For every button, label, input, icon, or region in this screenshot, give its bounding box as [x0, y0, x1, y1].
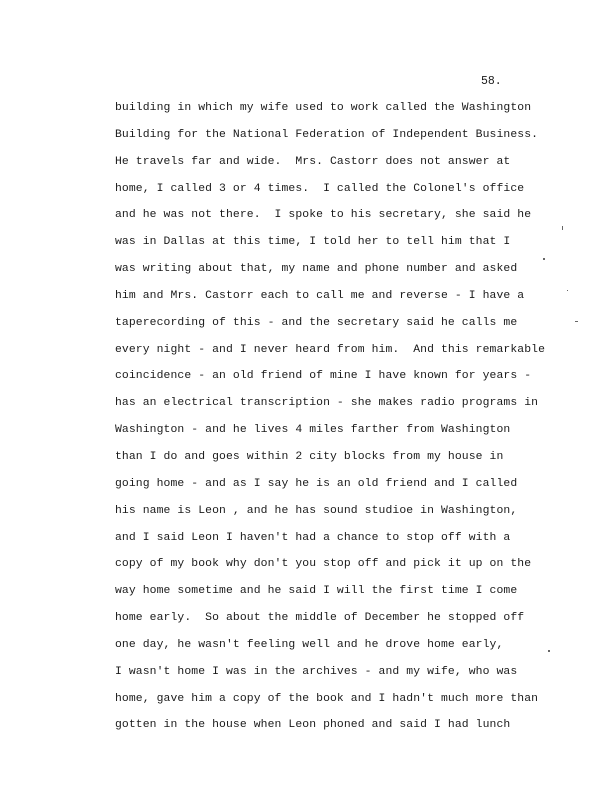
document-page: 58. building in which my wife used to wo…	[0, 0, 612, 791]
text-line: coincidence - an old friend of mine I ha…	[115, 367, 575, 394]
scan-speck	[548, 650, 550, 652]
text-line: his name is Leon , and he has sound stud…	[115, 502, 575, 529]
page-number: 58.	[481, 75, 502, 88]
text-line: Washington - and he lives 4 miles farthe…	[115, 421, 575, 448]
text-line: He travels far and wide. Mrs. Castorr do…	[115, 153, 575, 180]
text-line: I wasn't home I was in the archives - an…	[115, 663, 575, 690]
scan-speck	[575, 321, 578, 322]
text-line: was writing about that, my name and phon…	[115, 260, 575, 287]
text-line: taperecording of this - and the secretar…	[115, 314, 575, 341]
text-line: him and Mrs. Castorr each to call me and…	[115, 287, 575, 314]
scan-speck	[562, 226, 563, 230]
scan-speck	[567, 290, 568, 291]
text-line: home early. So about the middle of Decem…	[115, 609, 575, 636]
text-line: way home sometime and he said I will the…	[115, 582, 575, 609]
text-line: Building for the National Federation of …	[115, 126, 575, 153]
text-line: and I said Leon I haven't had a chance t…	[115, 529, 575, 556]
text-line: was in Dallas at this time, I told her t…	[115, 233, 575, 260]
text-line: than I do and goes within 2 city blocks …	[115, 448, 575, 475]
text-line: home, gave him a copy of the book and I …	[115, 690, 575, 717]
text-line: and he was not there. I spoke to his sec…	[115, 206, 575, 233]
text-line: going home - and as I say he is an old f…	[115, 475, 575, 502]
text-line: one day, he wasn't feeling well and he d…	[115, 636, 575, 663]
text-line: building in which my wife used to work c…	[115, 99, 575, 126]
scan-speck	[543, 258, 545, 260]
text-line: copy of my book why don't you stop off a…	[115, 555, 575, 582]
body-text: building in which my wife used to work c…	[115, 99, 575, 743]
text-line: has an electrical transcription - she ma…	[115, 394, 575, 421]
text-line: gotten in the house when Leon phoned and…	[115, 716, 575, 743]
text-line: home, I called 3 or 4 times. I called th…	[115, 180, 575, 207]
text-line: every night - and I never heard from him…	[115, 341, 575, 368]
